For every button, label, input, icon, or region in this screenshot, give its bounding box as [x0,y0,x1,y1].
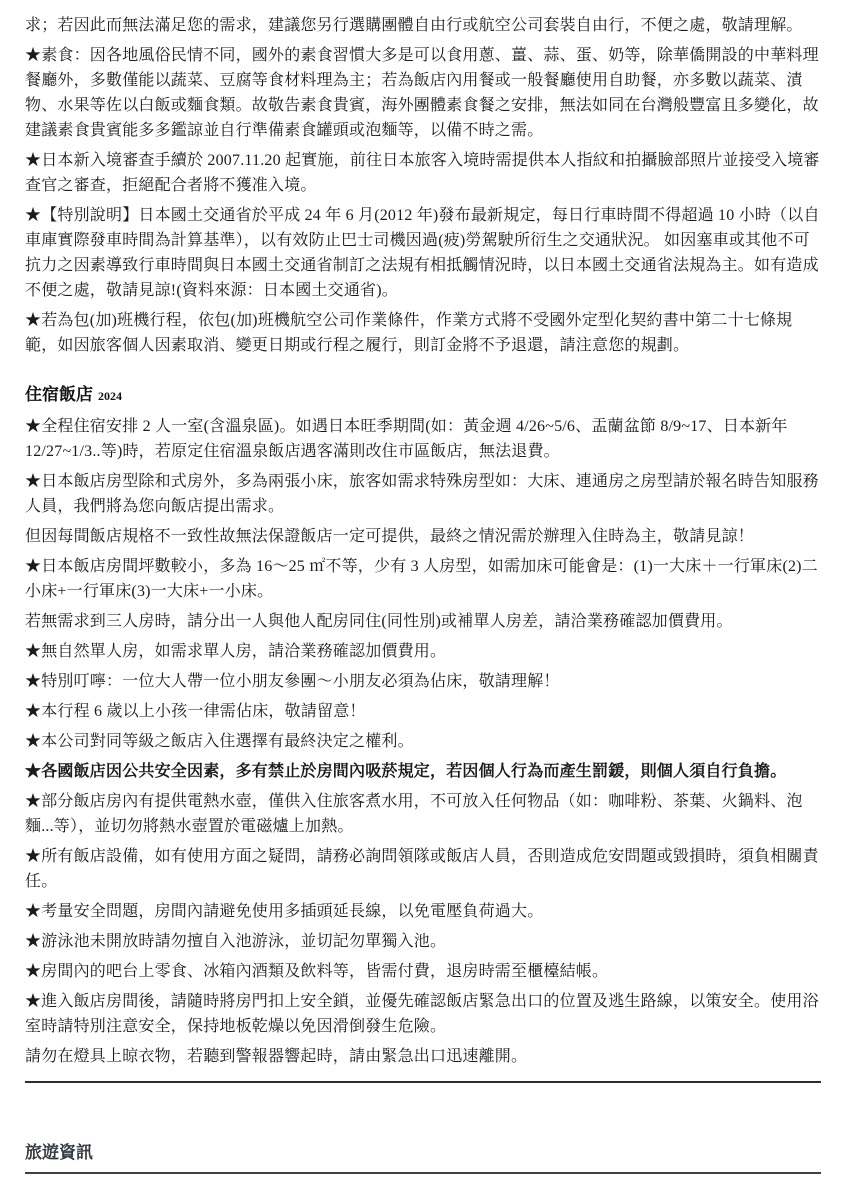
paragraph-single-room-note: ★無自然單人房，如需求單人房，請洽業務確認加價費用。 [25,639,821,664]
paragraph-hotel-facilities: ★所有飯店設備，如有使用方面之疑問，請務必詢問領隊或飯店人員，否則造成危安問題或… [25,844,821,894]
paragraph-room-arrangement: ★全程住宿安排 2 人一室(含溫泉區)。如遇日本旺季期間(如：黃金週 4/26~… [25,414,821,464]
paragraph-japan-entry-note: ★日本新入境審查手續於 2007.11.20 起實施，前往日本旅客入境時需提供本… [25,148,821,198]
paragraph-child-bed-reminder: ★特別叮嚀：一位大人帶一位小朋友參團～小朋友必須為佔床，敬請理解！ [25,669,821,694]
paragraph-room-safety-lock: ★進入飯店房間後，請隨時將房門扣上安全鎖，並優先確認飯店緊急出口的位置及逃生路線… [25,989,821,1039]
paragraph-room-type: ★日本飯店房型除和式房外，多為兩張小床，旅客如需求特殊房型如：大床、連通房之房型… [25,469,821,519]
paragraph-special-note-bus-regulation: ★【特別說明】日本國土交通省於平成 24 年 6 月(2012 年)發布最新規定… [25,203,821,303]
hotel-notes-section: ★全程住宿安排 2 人一室(含溫泉區)。如遇日本旺季期間(如：黃金週 4/26~… [25,414,821,1069]
paragraph-triple-room-note: 若無需求到三人房時，請分出一人與他人配房同住(同性別)或補單人房差，請洽業務確認… [25,609,821,634]
paragraph-swimming-pool-safety: ★游泳池未開放時請勿擅自入池游泳，並切記勿單獨入池。 [25,929,821,954]
paragraph-fire-safety: 請勿在燈具上晾衣物，若聽到警報器響起時，請由緊急出口迅速離開。 [25,1044,821,1069]
section-heading-travel-info: 旅遊資訊 [25,1141,821,1165]
intro-notes-section: 求；若因此而無法滿足您的需求，建議您另行選購團體自由行或航空公司套裝自由行，不便… [25,13,821,358]
travel-terms-page: 求；若因此而無法滿足您的需求，建議您另行選購團體自由行或航空公司套裝自由行，不便… [0,0,846,1184]
paragraph-charter-flight-note: ★若為包(加)班機行程，依包(加)班機航空公司作業條件，作業方式將不受國外定型化… [25,308,821,358]
paragraph-no-smoking-rule: ★各國飯店因公共安全因素，多有禁止於房間內吸菸規定，若因個人行為而產生罰鍰，則個… [25,759,821,784]
paragraph-continuation: 求；若因此而無法滿足您的需求，建議您另行選購團體自由行或航空公司套裝自由行，不便… [25,13,821,38]
paragraph-minibar-charges: ★房間內的吧台上零食、冰箱內酒類及飲料等，皆需付費，退房時需至櫃檯結帳。 [25,959,821,984]
paragraph-power-strip-safety: ★考量安全問題，房間內請避免使用多插頭延長線，以免電壓負荷過大。 [25,899,821,924]
paragraph-kettle-usage: ★部分飯店房內有提供電熱水壺，僅供入住旅客煮水用，不可放入任何物品（如：咖啡粉、… [25,789,821,839]
hotel-heading-text: 住宿飯店 [25,385,93,404]
paragraph-room-type-disclaimer: 但因每間飯店規格不一致性故無法保證飯店一定可提供，最終之情況需於辦理入住時為主，… [25,524,821,549]
paragraph-room-size: ★日本飯店房間坪數較小，多為 16～25 ㎡不等，少有 3 人房型，如需加床可能… [25,554,821,604]
hotel-heading-year: 2024 [98,389,122,403]
section-heading-hotel: 住宿飯店2024 [25,382,821,409]
section-divider [25,1081,821,1083]
travel-info-section-header: 旅遊資訊 [25,1141,821,1174]
paragraph-vegetarian-note: ★素食：因各地風俗民情不同，國外的素食習慣大多是可以食用蔥、薑、蒜、蛋、奶等，除… [25,43,821,143]
paragraph-hotel-final-decision: ★本公司對同等級之飯店入住選擇有最終決定之權利。 [25,729,821,754]
paragraph-child-age-bed-rule: ★本行程 6 歲以上小孩一律需佔床，敬請留意！ [25,699,821,724]
